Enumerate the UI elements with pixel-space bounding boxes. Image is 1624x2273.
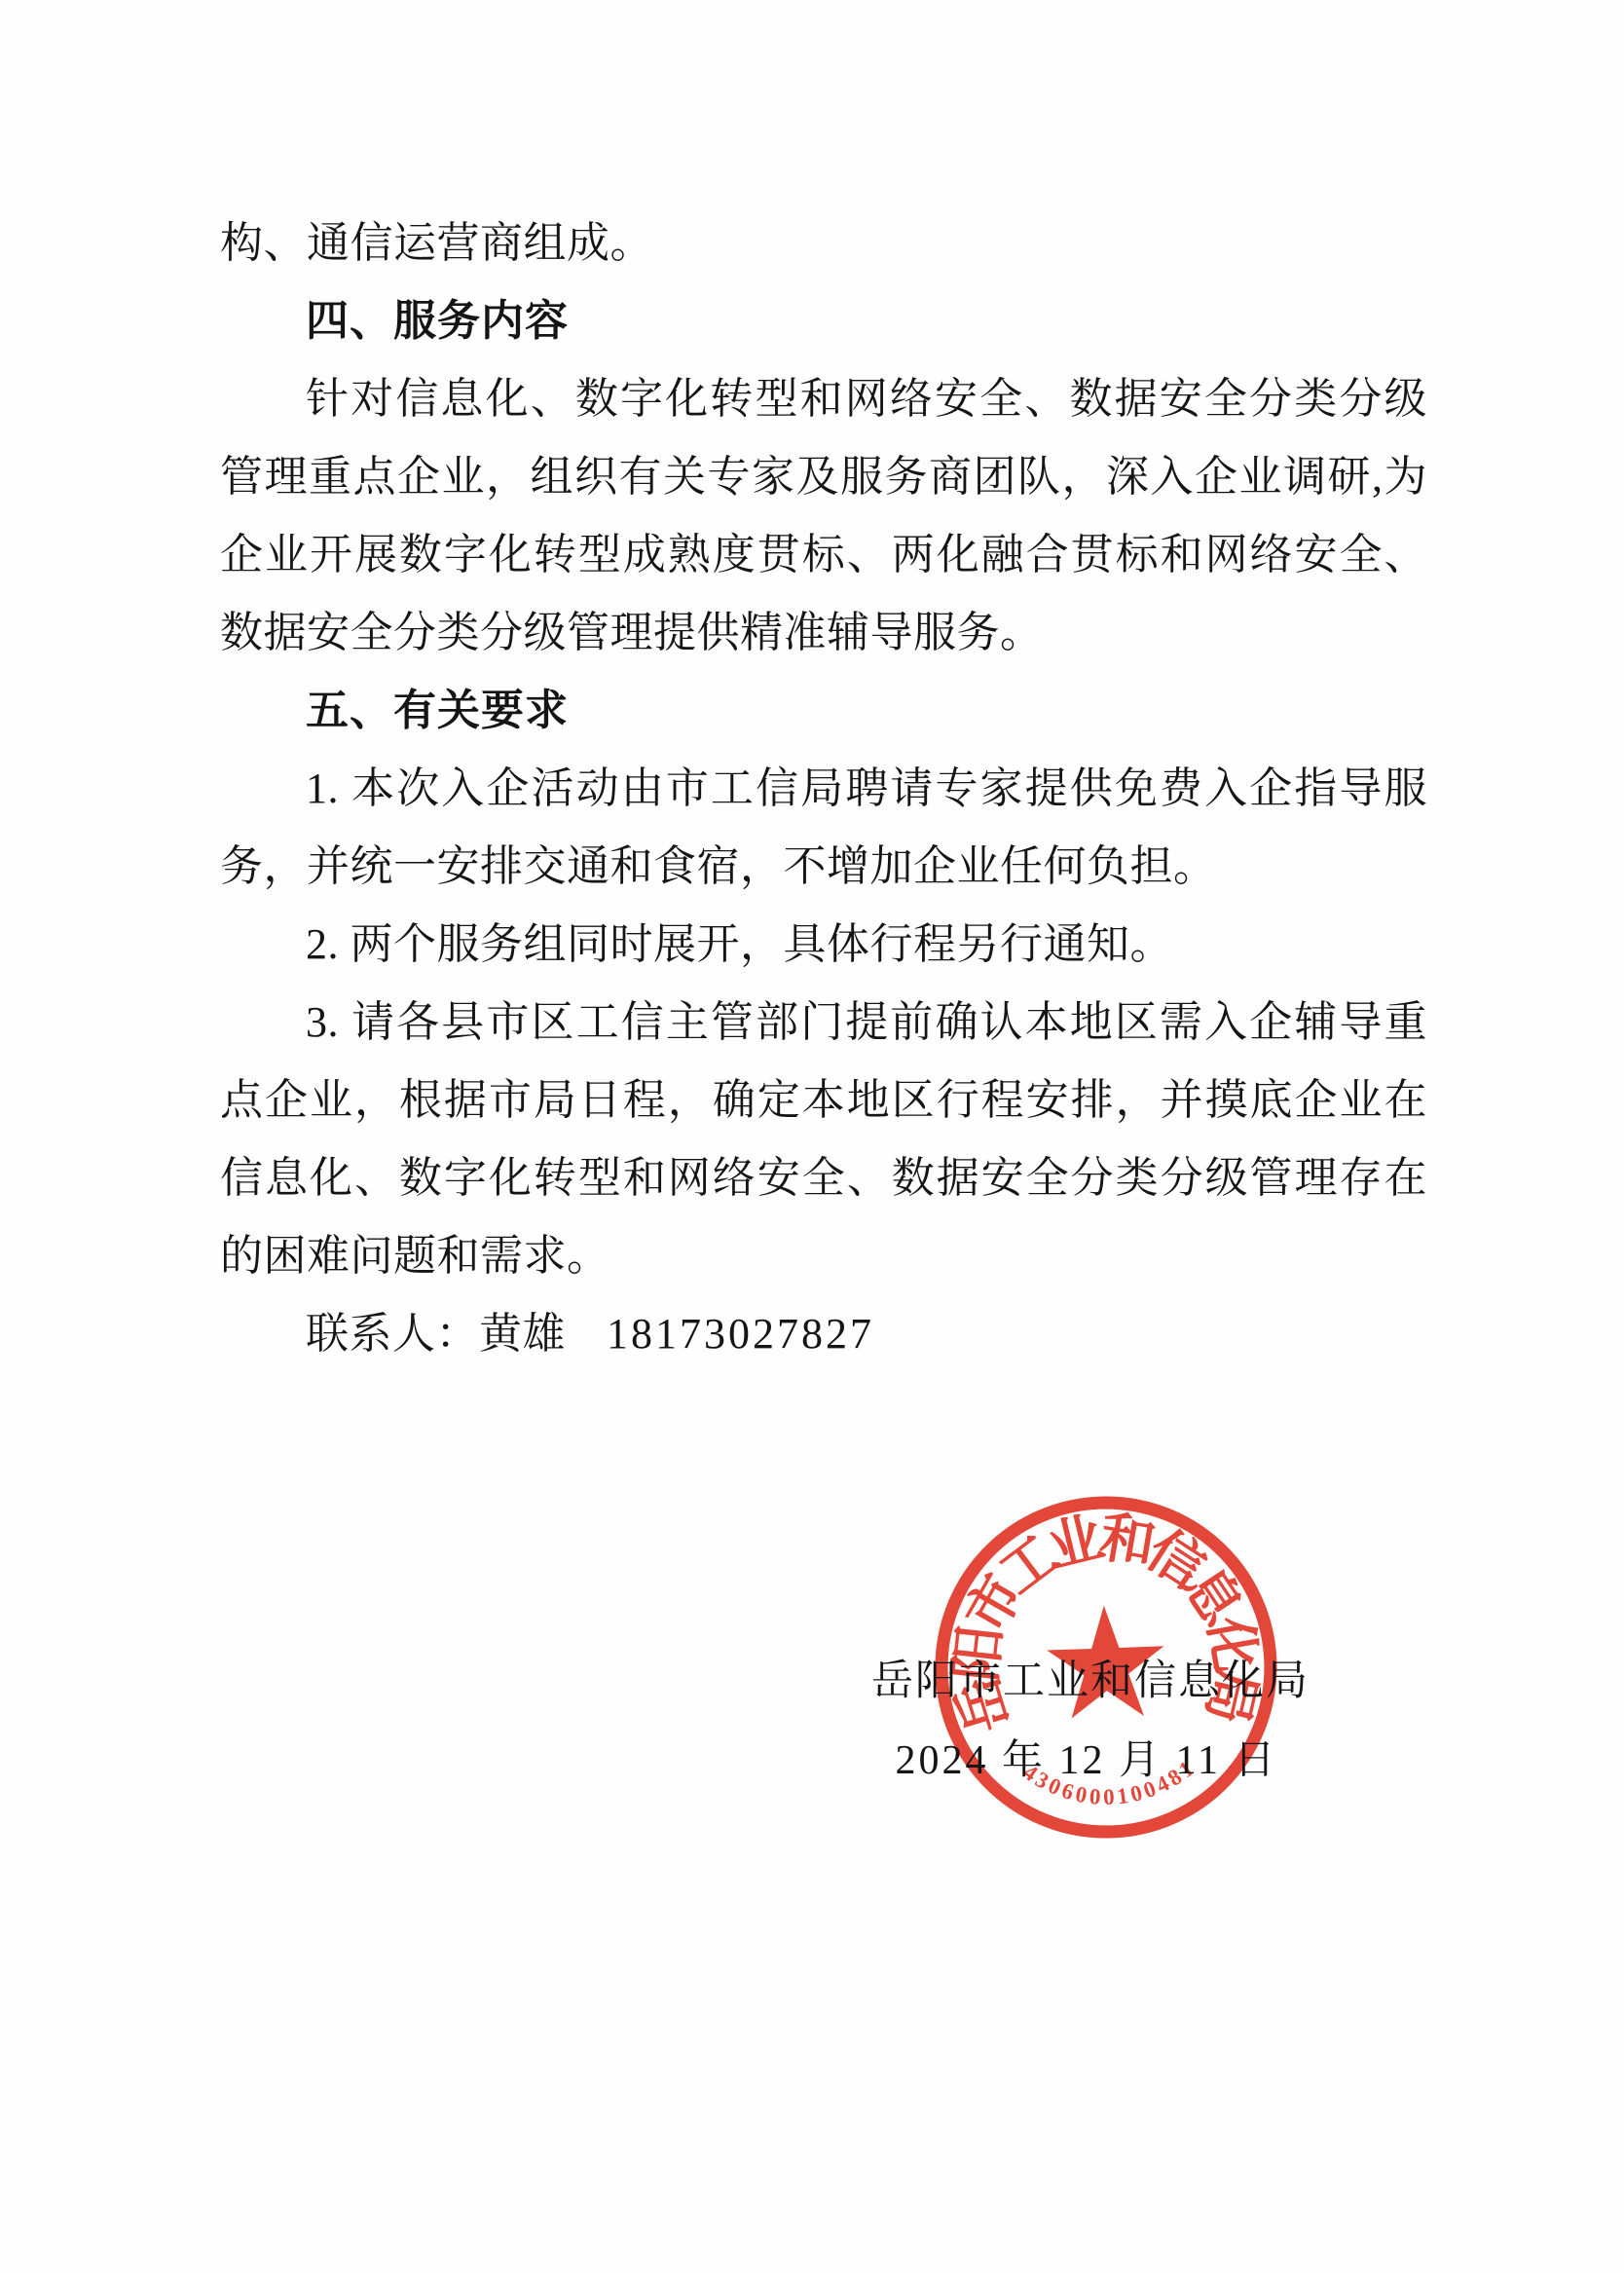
section-4-paragraph: 针对信息化、数字化转型和网络安全、数据安全分类分级管理重点企业，组织有关专家及服… xyxy=(220,360,1427,672)
requirement-item-1: 1. 本次入企活动由市工信局聘请专家提供免费入企指导服务，并统一安排交通和食宿，… xyxy=(220,750,1427,906)
signature-date: 2024 年 12 月 11 日 xyxy=(896,1740,1278,1781)
contact-name: 黄雄 xyxy=(479,1310,566,1358)
contact-label: 联系人： xyxy=(306,1310,479,1358)
document-page: 构、通信运营商组成。 四、服务内容 针对信息化、数字化转型和网络安全、数据安全分… xyxy=(0,0,1624,2273)
section-heading-5: 五、有关要求 xyxy=(220,672,1427,750)
requirement-item-2: 2. 两个服务组同时展开，具体行程另行通知。 xyxy=(220,906,1427,984)
document-text: 构、通信运营商组成。 四、服务内容 针对信息化、数字化转型和网络安全、数据安全分… xyxy=(220,205,1427,1373)
continuation-line: 构、通信运营商组成。 xyxy=(220,205,1427,282)
contact-line: 联系人：黄雄18173027827 xyxy=(220,1295,1427,1373)
requirement-item-3: 3. 请各县市区工信主管部门提前确认本地区需入企辅导重点企业，根据市局日程，确定… xyxy=(220,984,1427,1295)
section-heading-4: 四、服务内容 xyxy=(220,282,1427,360)
contact-phone: 18173027827 xyxy=(607,1310,874,1358)
signature-org: 岳阳市工业和信息化局 xyxy=(871,1660,1310,1702)
